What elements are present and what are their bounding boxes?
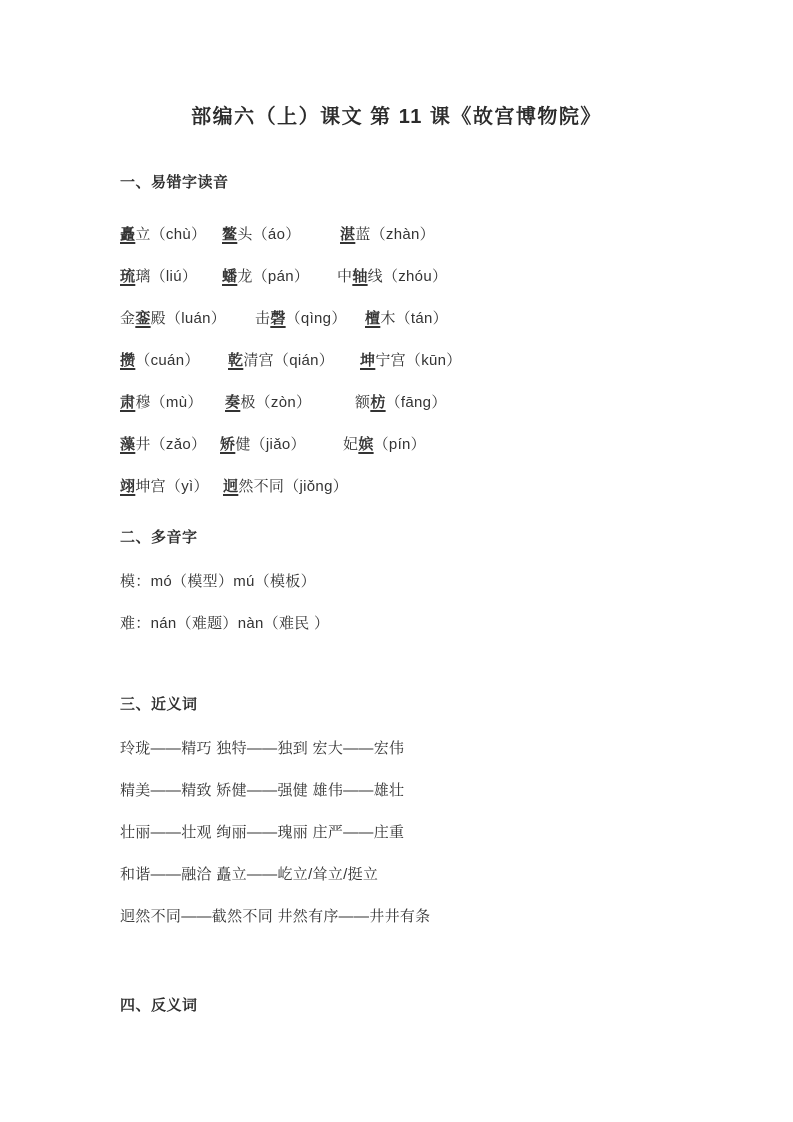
pinyin-item: 奏极（zòn）: [225, 391, 355, 412]
synonym-line: 和谐——融洽 矗立——屹立/耸立/挺立: [120, 852, 703, 894]
hanzi-underlined: 矗: [120, 226, 135, 243]
pinyin-line: 金銮殿（luán） 击磬（qìng） 檀木（tán）: [120, 296, 703, 338]
pinyin-item: 额枋（fāng）: [355, 391, 447, 412]
polyphonic-line: 模：mó（模型）mú（模板）: [120, 559, 703, 601]
pinyin-item: 金銮殿（luán）: [120, 307, 255, 328]
polyphonic-list: 模：mó（模型）mú（模板） 难：nán（难题）nàn（难民 ）: [120, 559, 703, 643]
pinyin-text: （tán）: [396, 310, 448, 327]
hanzi-underlined: 蟠: [222, 268, 237, 285]
pinyin-item: 蟠龙（pán）: [222, 265, 337, 286]
pinyin-text: （jiǎo）: [251, 436, 306, 453]
hanzi-post: 龙: [237, 268, 252, 285]
synonym-line: 迥然不同——截然不同 井然有序——井井有条: [120, 894, 703, 936]
pinyin-line: 攒（cuán） 乾清宫（qián） 坤宁宫（kūn）: [120, 338, 703, 380]
pinyin-text: （yì）: [166, 478, 209, 495]
pinyin-item: 攒（cuán）: [120, 349, 228, 370]
hanzi-post: 线: [368, 268, 383, 285]
hanzi-post: 头: [237, 226, 252, 243]
polyphonic-line: 难：nán（难题）nàn（难民 ）: [120, 601, 703, 643]
pinyin-text: （pán）: [253, 268, 310, 285]
hanzi-pre: 妃: [343, 436, 358, 453]
pinyin-line-list: 矗立（chù） 鳌头（áo） 湛蓝（zhàn） 琉璃（liú） 蟠龙（pán） …: [120, 212, 703, 506]
pinyin-item: 檀木（tán）: [365, 307, 448, 328]
hanzi-post: 极: [240, 394, 255, 411]
pinyin-line: 矗立（chù） 鳌头（áo） 湛蓝（zhàn）: [120, 212, 703, 254]
pinyin-item: 乾清宫（qián）: [228, 349, 360, 370]
pinyin-item: 迥然不同（jiǒng）: [223, 475, 348, 496]
pinyin-text: （kūn）: [406, 352, 462, 369]
hanzi-post: 健: [235, 436, 250, 453]
pinyin-text: （cuán）: [135, 352, 199, 369]
synonyms-list: 玲珑——精巧 独特——独到 宏大——宏伟 精美——精致 矫健——强健 雄伟——雄…: [120, 726, 703, 936]
section-heading-mispronounced-characters: 一、易错字读音: [120, 171, 703, 192]
pinyin-text: （áo）: [253, 226, 301, 243]
pinyin-text: （zǎo）: [151, 436, 207, 453]
pinyin-line: 翊坤宫（yì） 迥然不同（jiǒng）: [120, 464, 703, 506]
pinyin-text: （zhàn）: [371, 226, 435, 243]
pinyin-text: （qìng）: [286, 310, 347, 327]
hanzi-underlined: 銮: [135, 310, 150, 327]
pinyin-text: （pín）: [374, 436, 426, 453]
pinyin-item: 湛蓝（zhàn）: [340, 223, 435, 244]
hanzi-underlined: 鳌: [222, 226, 237, 243]
pinyin-item: 坤宁宫（kūn）: [360, 349, 462, 370]
hanzi-underlined: 磬: [270, 310, 285, 327]
pinyin-text: （luán）: [166, 310, 226, 327]
hanzi-underlined: 迥: [223, 478, 238, 495]
hanzi-underlined: 攒: [120, 352, 135, 369]
hanzi-post: 立: [135, 226, 150, 243]
hanzi-post: 井: [135, 436, 150, 453]
hanzi-post: 木: [380, 310, 395, 327]
pinyin-line: 肃穆（mù） 奏极（zòn） 额枋（fāng）: [120, 380, 703, 422]
pinyin-line: 琉璃（liú） 蟠龙（pán） 中轴线（zhóu）: [120, 254, 703, 296]
hanzi-post: 然不同: [238, 478, 284, 495]
hanzi-post: 坤宫: [135, 478, 166, 495]
hanzi-underlined: 枋: [370, 394, 385, 411]
synonym-line: 玲珑——精巧 独特——独到 宏大——宏伟: [120, 726, 703, 768]
pinyin-text: （jiǒng）: [284, 478, 348, 495]
section-heading-polyphonic-characters: 二、多音字: [120, 526, 703, 547]
pinyin-item: 击磬（qìng）: [255, 307, 365, 328]
pinyin-item: 琉璃（liú）: [120, 265, 222, 286]
hanzi-post: 宁宫: [375, 352, 406, 369]
page-title: 部编六（上）课文 第 11 课《故宫博物院》: [0, 0, 793, 129]
hanzi-post: 蓝: [355, 226, 370, 243]
document-content: 一、易错字读音 矗立（chù） 鳌头（áo） 湛蓝（zhàn） 琉璃（liú） …: [0, 171, 793, 1015]
pinyin-item: 肃穆（mù）: [120, 391, 225, 412]
hanzi-pre: 击: [255, 310, 270, 327]
hanzi-underlined: 奏: [225, 394, 240, 411]
hanzi-pre: 中: [337, 268, 352, 285]
pinyin-text: （liú）: [151, 268, 198, 285]
hanzi-underlined: 嫔: [358, 436, 373, 453]
hanzi-post: 清宫: [243, 352, 274, 369]
synonym-line: 精美——精致 矫健——强健 雄伟——雄壮: [120, 768, 703, 810]
hanzi-underlined: 翊: [120, 478, 135, 495]
pinyin-text: （zhóu）: [383, 268, 447, 285]
pinyin-text: （mù）: [151, 394, 203, 411]
hanzi-post: 殿: [151, 310, 166, 327]
hanzi-underlined: 轴: [352, 268, 367, 285]
hanzi-pre: 额: [355, 394, 370, 411]
pinyin-item: 中轴线（zhóu）: [337, 265, 447, 286]
hanzi-post: 穆: [135, 394, 150, 411]
hanzi-underlined: 湛: [340, 226, 355, 243]
hanzi-underlined: 肃: [120, 394, 135, 411]
pinyin-text: （qián）: [274, 352, 334, 369]
hanzi-underlined: 檀: [365, 310, 380, 327]
pinyin-item: 矗立（chù）: [120, 223, 222, 244]
pinyin-item: 鳌头（áo）: [222, 223, 340, 244]
pinyin-text: （fāng）: [386, 394, 447, 411]
pinyin-item: 妃嫔（pín）: [343, 433, 426, 454]
hanzi-underlined: 藻: [120, 436, 135, 453]
section-heading-antonyms: 四、反义词: [120, 994, 703, 1015]
pinyin-item: 藻井（zǎo）: [120, 433, 220, 454]
hanzi-pre: 金: [120, 310, 135, 327]
hanzi-underlined: 乾: [228, 352, 243, 369]
hanzi-underlined: 琉: [120, 268, 135, 285]
section-heading-synonyms: 三、近义词: [120, 693, 703, 714]
pinyin-text: （chù）: [151, 226, 207, 243]
synonym-line: 壮丽——壮观 绚丽——瑰丽 庄严——庄重: [120, 810, 703, 852]
hanzi-underlined: 矫: [220, 436, 235, 453]
pinyin-item: 翊坤宫（yì）: [120, 475, 223, 496]
pinyin-item: 矫健（jiǎo）: [220, 433, 343, 454]
document-page: 部编六（上）课文 第 11 课《故宫博物院》 一、易错字读音 矗立（chù） 鳌…: [0, 0, 793, 1122]
hanzi-post: 璃: [135, 268, 150, 285]
hanzi-underlined: 坤: [360, 352, 375, 369]
pinyin-line: 藻井（zǎo） 矫健（jiǎo） 妃嫔（pín）: [120, 422, 703, 464]
pinyin-text: （zòn）: [256, 394, 312, 411]
